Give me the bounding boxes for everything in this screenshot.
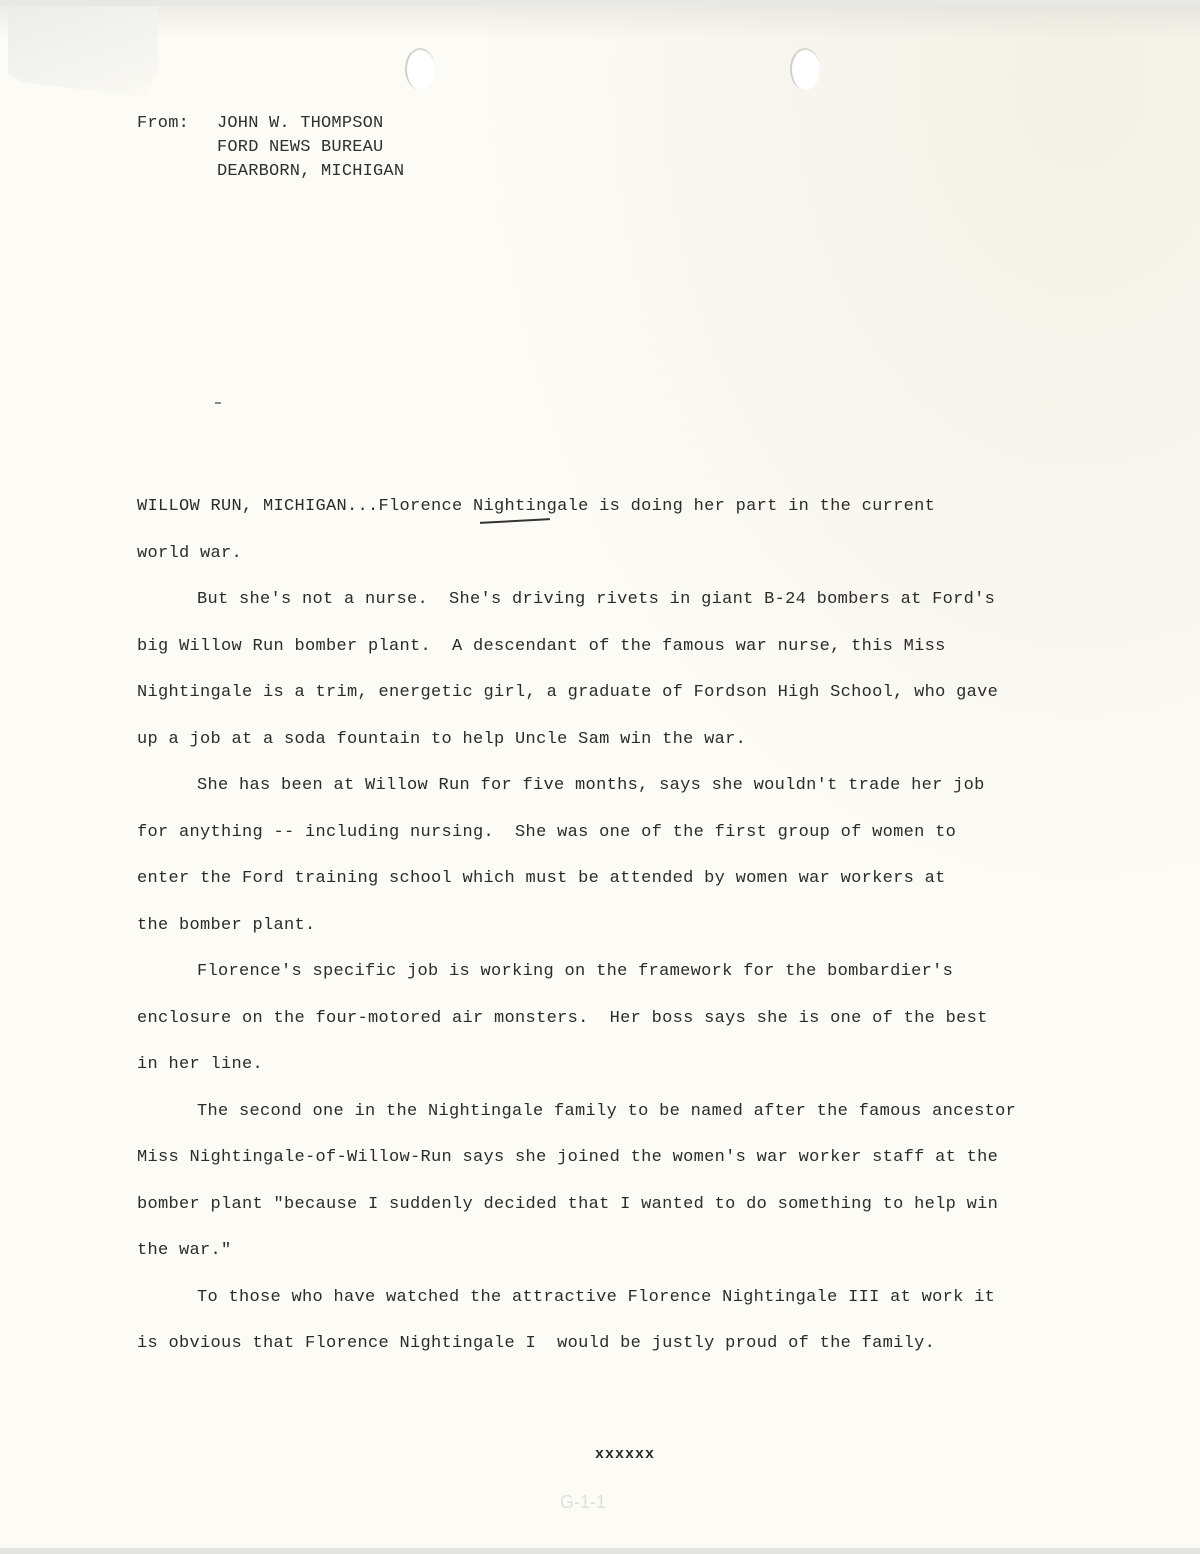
body-line: Nightingale is a trim, energetic girl, a… — [137, 670, 1117, 717]
body-line: for anything -- including nursing. She w… — [137, 810, 1117, 857]
body-line: She has been at Willow Run for five mont… — [137, 763, 1117, 810]
body-line: The second one in the Nightingale family… — [137, 1089, 1117, 1136]
body-line: up a job at a soda fountain to help Uncl… — [137, 717, 1117, 764]
body-line: enclosure on the four-motored air monste… — [137, 996, 1117, 1043]
page-bottom-edge — [0, 1548, 1200, 1554]
body-line: enter the Ford training school which mus… — [137, 856, 1117, 903]
torn-corner — [8, 6, 158, 102]
body-line: the war." — [137, 1228, 1117, 1275]
sender-location: DEARBORN, MICHIGAN — [217, 160, 404, 184]
page-top-edge — [0, 0, 1200, 6]
document-page: From: JOHN W. THOMPSON FORD NEWS BUREAU … — [0, 0, 1200, 1554]
sender-address: JOHN W. THOMPSON FORD NEWS BUREAU DEARBO… — [217, 112, 404, 184]
from-block: From: JOHN W. THOMPSON FORD NEWS BUREAU … — [137, 112, 404, 184]
pencil-note: G-1-1 — [560, 1492, 606, 1513]
body-line: the bomber plant. — [137, 903, 1117, 950]
press-release-body: WILLOW RUN, MICHIGAN...Florence Nighting… — [137, 484, 1117, 1368]
stray-mark — [215, 402, 221, 404]
sender-organization: FORD NEWS BUREAU — [217, 136, 404, 160]
body-line: Miss Nightingale-of-Willow-Run says she … — [137, 1135, 1117, 1182]
body-line: But she's not a nurse. She's driving riv… — [137, 577, 1117, 624]
body-line: world war. — [137, 531, 1117, 578]
body-line: bomber plant "because I suddenly decided… — [137, 1182, 1117, 1229]
end-mark: xxxxxx — [0, 1446, 1200, 1463]
body-line: is obvious that Florence Nightingale I w… — [137, 1321, 1117, 1368]
from-label: From: — [137, 112, 217, 184]
body-line: in her line. — [137, 1042, 1117, 1089]
punch-hole-left — [405, 48, 435, 90]
body-line: Florence's specific job is working on th… — [137, 949, 1117, 996]
body-line: WILLOW RUN, MICHIGAN...Florence Nighting… — [137, 484, 1117, 531]
body-line: big Willow Run bomber plant. A descendan… — [137, 624, 1117, 671]
sender-name: JOHN W. THOMPSON — [217, 112, 404, 136]
body-line: To those who have watched the attractive… — [137, 1275, 1117, 1322]
punch-hole-right — [790, 48, 820, 90]
